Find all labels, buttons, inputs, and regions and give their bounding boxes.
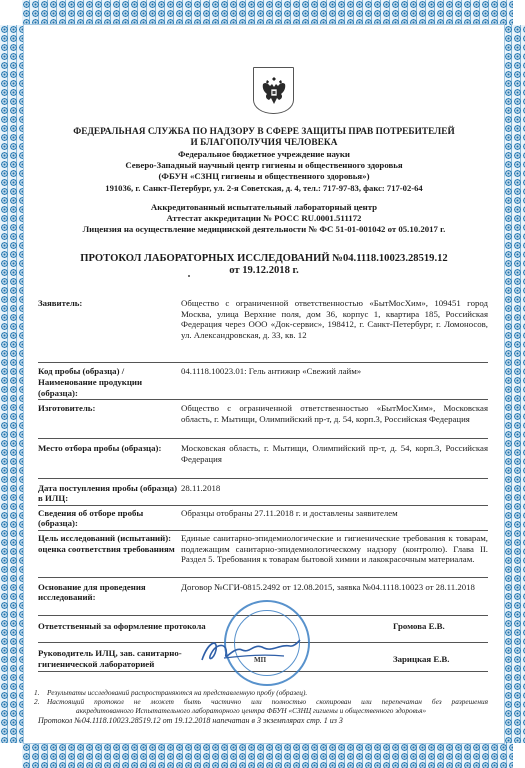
institution-name: Северо-Западный научный центр гигиены и … [24, 160, 504, 171]
field-value: Единые санитарно-эпидемиологические и ги… [181, 533, 488, 565]
footnote-number: 2. [34, 697, 47, 706]
field-label: Дата поступления пробы (образца) в ИЛЦ: [38, 483, 181, 504]
protocol-number: ПРОТОКОЛ ЛАБОРАТОРНЫХ ИССЛЕДОВАНИЙ №04.1… [24, 253, 504, 265]
field-label: Основание для проведения исследований: [38, 582, 181, 603]
letterhead: ФЕДЕРАЛЬНАЯ СЛУЖБА ПО НАДЗОРУ В СФЕРЕ ЗА… [24, 127, 504, 235]
field-value: Общество с ограниченной ответственностью… [181, 298, 488, 340]
agency-name-line1: ФЕДЕРАЛЬНАЯ СЛУЖБА ПО НАДЗОРУ В СФЕРЕ ЗА… [24, 127, 504, 138]
signature-role: Ответственный за оформление протокола [38, 621, 393, 632]
scan-speck [188, 275, 190, 277]
footnote: 2. Настоящий протокол не может быть част… [34, 697, 504, 706]
signature-name: Громова Е.В. [393, 621, 488, 632]
field-value: Образцы отобраны 27.11.2018 г. и доставл… [181, 508, 488, 529]
institution-address: 191036, г. Санкт-Петербург, ул. 2-я Сове… [24, 183, 504, 194]
field-label: Место отбора пробы (образца): [38, 443, 181, 464]
footnote: 1. Результаты исследований распространяю… [34, 688, 504, 697]
handwritten-signature-icon [194, 632, 304, 668]
field-label: Заявитель: [38, 298, 181, 340]
lab-center: Аккредитованный испытательный лабораторн… [24, 202, 504, 213]
accreditation: Аттестат аккредитации № РОСС RU.0001.511… [24, 213, 504, 224]
field-label: Сведения об отборе пробы (образца): [38, 508, 181, 529]
institution-type: Федеральное бюджетное учреждение науки [24, 149, 504, 160]
border-bottom [22, 743, 513, 768]
field-label: Код пробы (образца) / Наименование проду… [38, 366, 181, 398]
field-value: 04.1118.10023.01: Гель антижир «Свежий л… [181, 366, 488, 398]
field-label: Изготовитель: [38, 403, 181, 424]
document-page: ФЕДЕРАЛЬНАЯ СЛУЖБА ПО НАДЗОРУ В СФЕРЕ ЗА… [24, 25, 504, 743]
footnote-number: 1. [34, 688, 47, 697]
field-sampling-info: Сведения об отборе пробы (образца): Обра… [38, 506, 488, 530]
footnote-continuation: аккредитованного Испытательного лаборато… [34, 706, 504, 715]
field-value: Договор №СГИ-0815.2492 от 12.08.2015, за… [181, 582, 488, 603]
field-sampling-place: Место отбора пробы (образца): Московская… [38, 439, 488, 477]
footnote-text: Результаты исследований распространяются… [47, 688, 504, 697]
protocol-date: от 19.12.2018 г. [24, 265, 504, 277]
protocol-title: ПРОТОКОЛ ЛАБОРАТОРНЫХ ИССЛЕДОВАНИЙ №04.1… [24, 253, 504, 277]
protocol-footer: Протокол №04.1118.10023.28519.12 от 19.1… [34, 716, 504, 725]
signature-role: Руководитель ИЛЦ, зав. санитарно-гигиени… [38, 648, 188, 669]
field-purpose: Цель исследований (испытаний): оценка со… [38, 531, 488, 577]
field-applicant: Заявитель: Общество с ограниченной ответ… [38, 290, 488, 362]
russian-coat-of-arms-icon [253, 67, 294, 114]
field-receipt-date: Дата поступления пробы (образца) в ИЛЦ: … [38, 479, 488, 505]
footnote-text: Настоящий протокол не может быть частичн… [47, 697, 504, 706]
field-manufacturer: Изготовитель: Общество с ограниченной от… [38, 400, 488, 438]
signature-name: Зарицкая Е.В. [393, 654, 488, 665]
border-top [22, 0, 513, 25]
stamp-label: МП [254, 656, 266, 664]
border-right [504, 25, 525, 743]
field-value: Общество с ограниченной ответственностью… [181, 403, 488, 424]
field-value: Московская область, г. Мытищи, Олимпийск… [181, 443, 488, 464]
border-left [0, 25, 24, 743]
field-value: 28.11.2018 [181, 483, 488, 504]
license: Лицензия на осуществление медицинской де… [24, 224, 504, 235]
agency-name-line2: И БЛАГОПОЛУЧИЯ ЧЕЛОВЕКА [24, 138, 504, 149]
footnotes: 1. Результаты исследований распространяю… [34, 688, 504, 725]
institution-abbr: (ФБУН «СЗНЦ гигиены и общественного здор… [24, 171, 504, 182]
field-label: Цель исследований (испытаний): оценка со… [38, 533, 181, 565]
field-sample-code: Код пробы (образца) / Наименование проду… [38, 363, 488, 399]
